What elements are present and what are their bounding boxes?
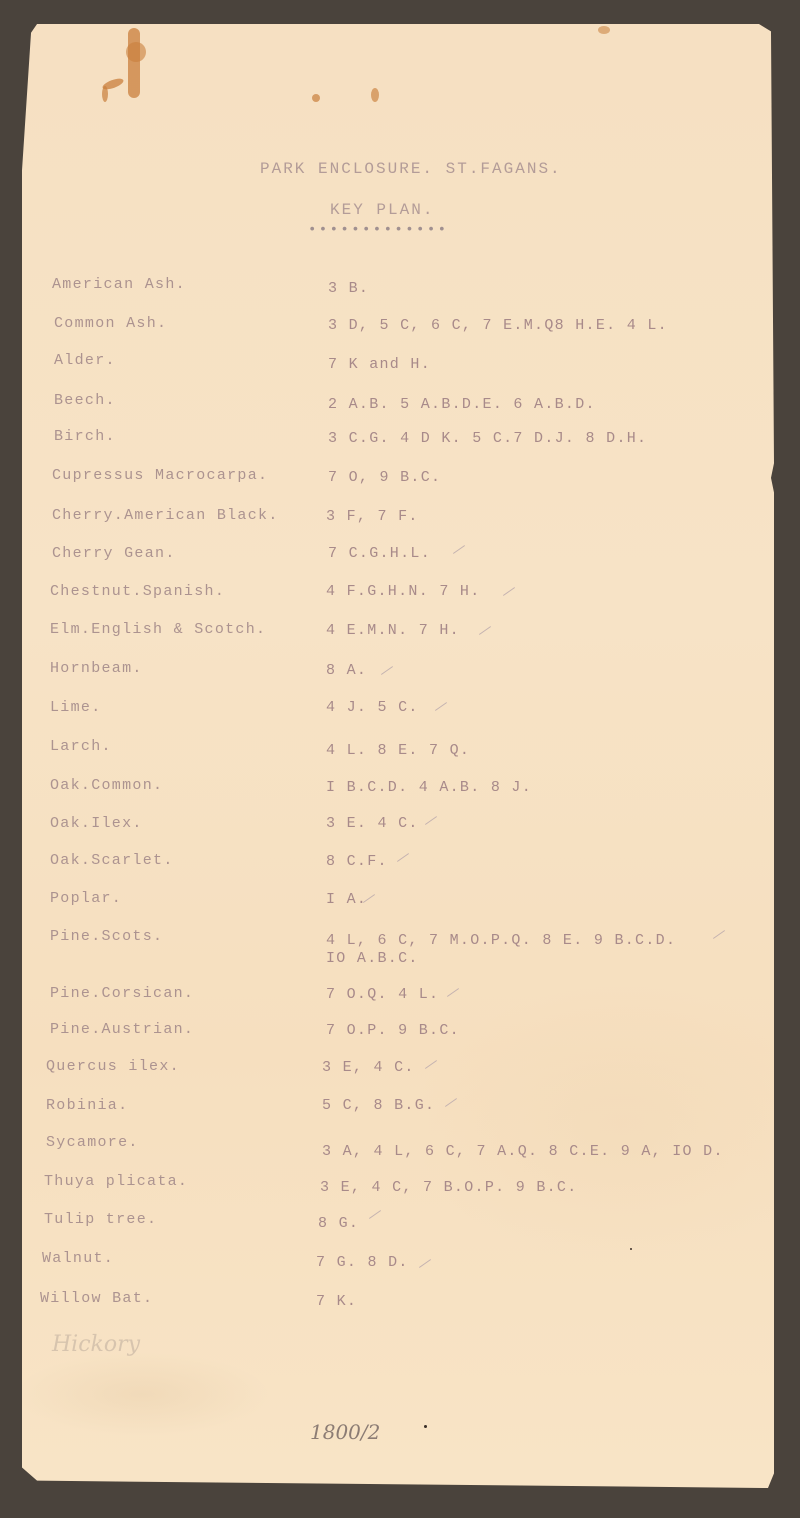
tree-name: Pine.Scots. (50, 928, 163, 946)
tree-location: 4 L. 8 E. 7 Q. (326, 742, 470, 760)
tree-location: 7 O, 9 B.C. (328, 469, 441, 487)
tree-location: 7 O.P. 9 B.C. (326, 1022, 460, 1040)
tree-name: Cherry Gean. (52, 545, 176, 563)
tree-location: 3 F, 7 F. (326, 508, 419, 526)
tree-name: Cherry.American Black. (52, 507, 279, 525)
tree-location: 7 K. (316, 1293, 357, 1311)
tree-location: 4 F.G.H.N. 7 H. (326, 583, 481, 601)
tree-location: 3 B. (328, 280, 369, 298)
tree-name: Walnut. (42, 1250, 114, 1268)
tree-location: 2 A.B. 5 A.B.D.E. 6 A.B.D. (328, 396, 596, 414)
tree-name: Willow Bat. (40, 1290, 153, 1308)
tree-location: 3 E, 4 C. (322, 1059, 415, 1077)
tree-location: 8 G. (318, 1215, 359, 1233)
tree-name: Common Ash. (54, 315, 167, 333)
tree-location: 5 C, 8 B.G. (322, 1097, 435, 1115)
tree-name: Poplar. (50, 890, 122, 908)
tree-location: 3 D, 5 C, 6 C, 7 E.M.Q8 H.E. 4 L. (328, 317, 668, 335)
tree-name: Oak.Ilex. (50, 815, 143, 833)
tree-name: Oak.Scarlet. (50, 852, 174, 870)
tree-name: Birch. (54, 428, 116, 446)
tree-location: 3 E. 4 C. (326, 815, 419, 833)
tree-location: 4 J. 5 C. (326, 699, 419, 717)
tree-name: Oak.Common. (50, 777, 163, 795)
tree-location: 3 E, 4 C, 7 B.O.P. 9 B.C. (320, 1179, 578, 1197)
tree-location: 3 C.G. 4 D K. 5 C.7 D.J. 8 D.H. (328, 430, 647, 448)
tree-name: Quercus ilex. (46, 1058, 180, 1076)
tree-location: I A. (326, 891, 367, 909)
tree-key-list: American Ash. 3 B. Common Ash. 3 D, 5 C,… (0, 0, 800, 1518)
tree-name: Chestnut.Spanish. (50, 583, 225, 601)
tree-name: Pine.Corsican. (50, 985, 194, 1003)
tree-name: Pine.Austrian. (50, 1021, 194, 1039)
tree-name: Hornbeam. (50, 660, 143, 678)
reference-number: 1800/2 (310, 1420, 380, 1444)
tree-location: 7 C.G.H.L. (328, 545, 431, 563)
ink-speck (630, 1248, 632, 1250)
tree-location: 8 A. (326, 662, 367, 680)
tree-name: Robinia. (46, 1097, 128, 1115)
tree-location: 3 A, 4 L, 6 C, 7 A.Q. 8 C.E. 9 A, IO D. (322, 1143, 724, 1161)
tree-name: Elm.English & Scotch. (50, 621, 266, 639)
tree-location: 7 O.Q. 4 L. (326, 986, 439, 1004)
tree-location: I B.C.D. 4 A.B. 8 J. (326, 779, 532, 797)
tree-location: 8 C.F. (326, 853, 388, 871)
tree-name: Thuya plicata. (44, 1173, 188, 1191)
tree-name: Lime. (50, 699, 102, 717)
tree-location: 7 G. 8 D. (316, 1254, 409, 1272)
tree-name: American Ash. (52, 276, 186, 294)
scanned-document: PARK ENCLOSURE. ST.FAGANS. KEY PLAN. •••… (0, 0, 800, 1518)
tree-name: Alder. (54, 352, 116, 370)
tree-location: 4 L, 6 C, 7 M.O.P.Q. 8 E. 9 B.C.D. (326, 932, 676, 950)
tree-location-continued: IO A.B.C. (326, 950, 419, 968)
tree-name: Larch. (50, 738, 112, 756)
tree-name: Sycamore. (46, 1134, 139, 1152)
tree-name: Tulip tree. (44, 1211, 157, 1229)
ink-speck (424, 1425, 427, 1428)
tree-name: Beech. (54, 392, 116, 410)
handwritten-note: Hickory (52, 1332, 140, 1357)
tree-name: Cupressus Macrocarpa. (52, 467, 268, 485)
tree-location: 4 E.M.N. 7 H. (326, 622, 460, 640)
tree-location: 7 K and H. (328, 356, 431, 374)
